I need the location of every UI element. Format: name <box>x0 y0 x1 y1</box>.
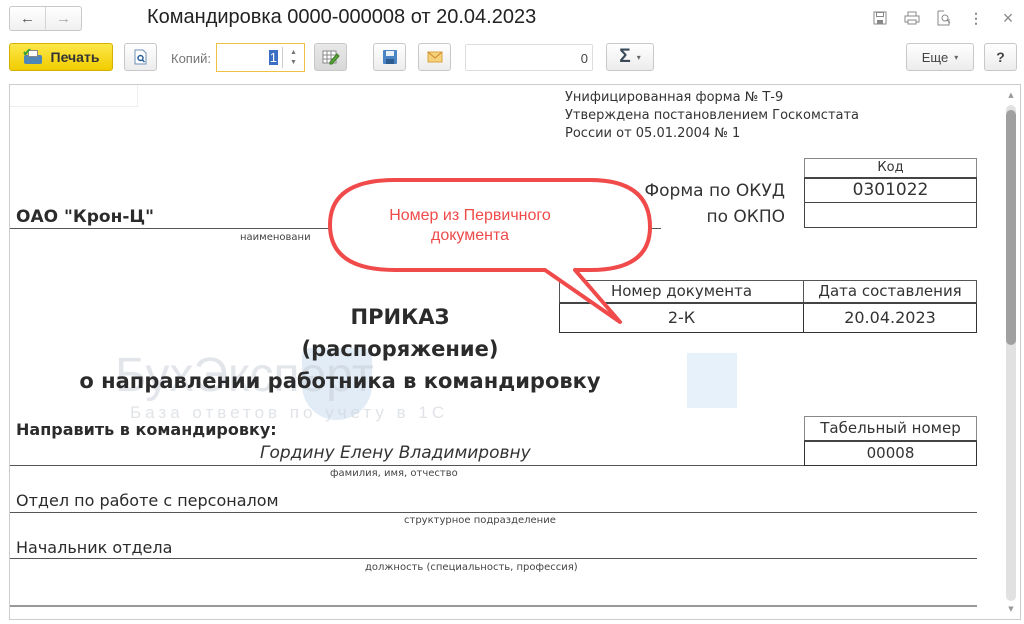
order-title: ПРИКАЗ <box>10 305 790 329</box>
close-button[interactable]: × <box>992 6 1024 30</box>
order-purpose: о направлении работника в командировку <box>10 369 670 393</box>
nav-group: ← → <box>9 6 82 31</box>
forward-button[interactable]: → <box>45 7 81 30</box>
okpo-label: по ОКПО <box>706 207 785 227</box>
edit-table-button[interactable] <box>314 43 347 71</box>
form-header-line: Утверждена постановлением Госкомстата <box>565 107 859 125</box>
scroll-up-icon[interactable]: ▲ <box>1006 91 1016 99</box>
watermark-square <box>687 353 737 408</box>
printer-check-icon: ✔ <box>23 48 43 66</box>
print-button-label: Печать <box>51 49 100 65</box>
department-caption: структурное подразделение <box>404 515 556 526</box>
preview-window-button[interactable] <box>928 6 960 30</box>
sum-button[interactable]: Σ ▾ <box>606 43 654 71</box>
window-title: Командировка 0000-000008 от 20.04.2023 <box>147 6 536 29</box>
close-icon: × <box>1003 8 1014 29</box>
page-search-icon <box>134 49 148 65</box>
print-form-document[interactable]: Унифицированная форма № Т-9 Утверждена п… <box>9 84 1021 620</box>
bottom-rule <box>10 605 977 607</box>
floppy-icon <box>873 11 887 25</box>
position-caption: должность (специальность, профессия) <box>365 562 578 573</box>
order-subtitle: (распоряжение) <box>10 337 790 361</box>
scrollbar-thumb[interactable] <box>1006 110 1016 345</box>
vertical-scrollbar[interactable] <box>1006 105 1016 601</box>
chevron-down-icon: ▾ <box>637 53 641 62</box>
personnel-number-table: Табельный номер 00008 <box>804 416 977 466</box>
employee-caption: фамилия, имя, отчество <box>330 468 458 479</box>
department: Отдел по работе с персоналом <box>16 491 279 510</box>
doc-date-header: Дата составления <box>804 281 977 303</box>
stepper-down-icon[interactable]: ▼ <box>290 58 297 68</box>
preview-button[interactable] <box>124 43 157 71</box>
okpo-value <box>805 203 977 228</box>
kebab-icon: ⋮ <box>969 10 983 27</box>
toolbar: ✔ Печать Копий: 1 ▲▼ 0 Σ ▾ Еще ▾ ? <box>0 40 1024 74</box>
more-window-button[interactable]: ⋮ <box>960 6 992 30</box>
position-underline <box>10 558 977 559</box>
arrow-right-icon: → <box>56 10 71 27</box>
chevron-down-icon: ▾ <box>954 53 958 62</box>
employee-name: Гордину Елену Владимировну <box>260 443 531 463</box>
preview-icon <box>937 10 951 26</box>
sum-field[interactable]: 0 <box>465 44 593 71</box>
window-actions: ⋮ × <box>864 6 1024 30</box>
callout-line: документа <box>340 226 600 246</box>
save-button[interactable] <box>373 43 406 71</box>
organization-caption: наименовани <box>240 232 311 243</box>
callout-line: Номер из Первичного <box>340 206 600 226</box>
send-email-button[interactable] <box>418 43 451 71</box>
form-header-line: Унифицированная форма № Т-9 <box>565 89 859 107</box>
print-button[interactable]: ✔ Печать <box>9 43 113 71</box>
corner-cell <box>10 85 138 107</box>
personnel-number-value: 00008 <box>805 441 977 466</box>
stepper-up-icon[interactable]: ▲ <box>290 48 297 58</box>
department-underline <box>10 512 977 513</box>
codes-header: Код <box>805 159 977 178</box>
save-window-button[interactable] <box>864 6 896 30</box>
copies-value: 1 <box>269 50 278 65</box>
codes-table: Код 0301022 <box>804 158 977 228</box>
position: Начальник отдела <box>16 538 172 557</box>
copies-label: Копий: <box>171 51 211 66</box>
arrow-left-icon: ← <box>20 10 35 27</box>
doc-date-value: 20.04.2023 <box>804 303 977 333</box>
send-label: Направить в командировку: <box>16 420 277 439</box>
doc-number-header: Номер документа <box>560 281 804 303</box>
form-header: Унифицированная форма № Т-9 Утверждена п… <box>565 89 859 143</box>
copies-input[interactable]: 1 ▲▼ <box>216 43 305 72</box>
print-window-button[interactable] <box>896 6 928 30</box>
more-button-label: Еще <box>922 50 948 65</box>
organization-name: ОАО "Крон-Ц" <box>16 207 154 227</box>
okud-label: Форма по ОКУД <box>645 181 785 201</box>
okud-value: 0301022 <box>805 178 977 203</box>
callout-text: Номер из Первичного документа <box>340 206 600 246</box>
printer-icon <box>904 11 920 25</box>
form-header-line: России от 05.01.2004 № 1 <box>565 125 859 143</box>
employee-underline <box>10 465 804 466</box>
envelope-icon <box>427 51 443 63</box>
table-pencil-icon <box>322 49 340 65</box>
scroll-down-icon[interactable]: ▼ <box>1006 605 1016 613</box>
back-button[interactable]: ← <box>10 7 45 30</box>
title-bar: ← → Командировка 0000-000008 от 20.04.20… <box>0 0 1024 36</box>
copies-stepper[interactable]: ▲▼ <box>282 47 304 68</box>
sigma-icon: Σ <box>619 46 630 68</box>
personnel-number-header: Табельный номер <box>805 417 977 441</box>
help-button[interactable]: ? <box>984 43 1017 71</box>
more-button[interactable]: Еще ▾ <box>906 43 974 71</box>
floppy-disk-icon <box>382 49 398 65</box>
